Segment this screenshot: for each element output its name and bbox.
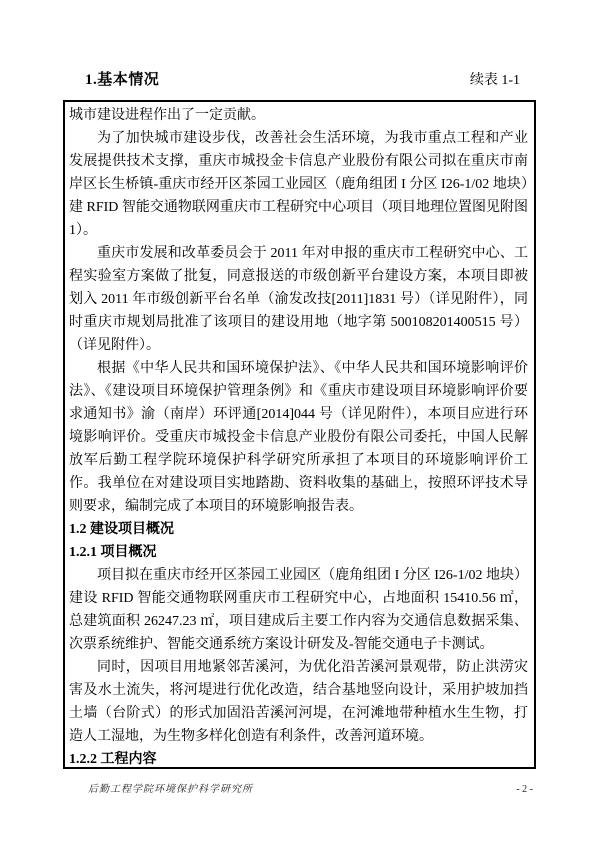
paragraph: 为了加快城市建设步伐，改善社会生活环境，为我市重点工程和产业发展提供技术支撑，重… [69, 127, 528, 242]
footer-organization: 后勤工程学院环境保护科学研究所 [88, 780, 253, 795]
page-footer: 后勤工程学院环境保护科学研究所 - 2 - [88, 780, 533, 795]
footer-page-number: - 2 - [516, 784, 533, 795]
section-heading: 1.2.2 工程内容 [69, 748, 528, 769]
paragraph: 项目拟在重庆市经开区茶园工业园区（鹿角组团 I 分区 I26-1/02 地块）建… [69, 564, 528, 656]
paragraph: 根据《中华人民共和国环境保护法》、《中华人民共和国环境影响评价法》、《建设项目环… [69, 357, 528, 518]
section-title: 1.基本情况 [85, 68, 159, 89]
page-header: 1.基本情况 续表 1-1 [85, 68, 520, 89]
paragraph: 城市建设进程作出了一定贡献。 [69, 104, 528, 127]
document-body: 城市建设进程作出了一定贡献。为了加快城市建设步伐，改善社会生活环境，为我市重点工… [69, 104, 528, 769]
content-box: 城市建设进程作出了一定贡献。为了加快城市建设步伐，改善社会生活环境，为我市重点工… [63, 100, 536, 769]
section-heading: 1.2 建设项目概况 [69, 518, 528, 541]
paragraph: 同时，因项目用地紧邻苦溪河，为优化沿苦溪河景观带，防止洪涝灾害及水土流失，将河堤… [69, 656, 528, 748]
section-heading: 1.2.1 项目概况 [69, 541, 528, 564]
table-continuation-label: 续表 1-1 [470, 69, 520, 89]
document-page: 1.基本情况 续表 1-1 城市建设进程作出了一定贡献。为了加快城市建设步伐，改… [0, 0, 595, 841]
paragraph: 重庆市发展和改革委员会于 2011 年对申报的重庆市工程研究中心、工程实验室方案… [69, 242, 528, 357]
